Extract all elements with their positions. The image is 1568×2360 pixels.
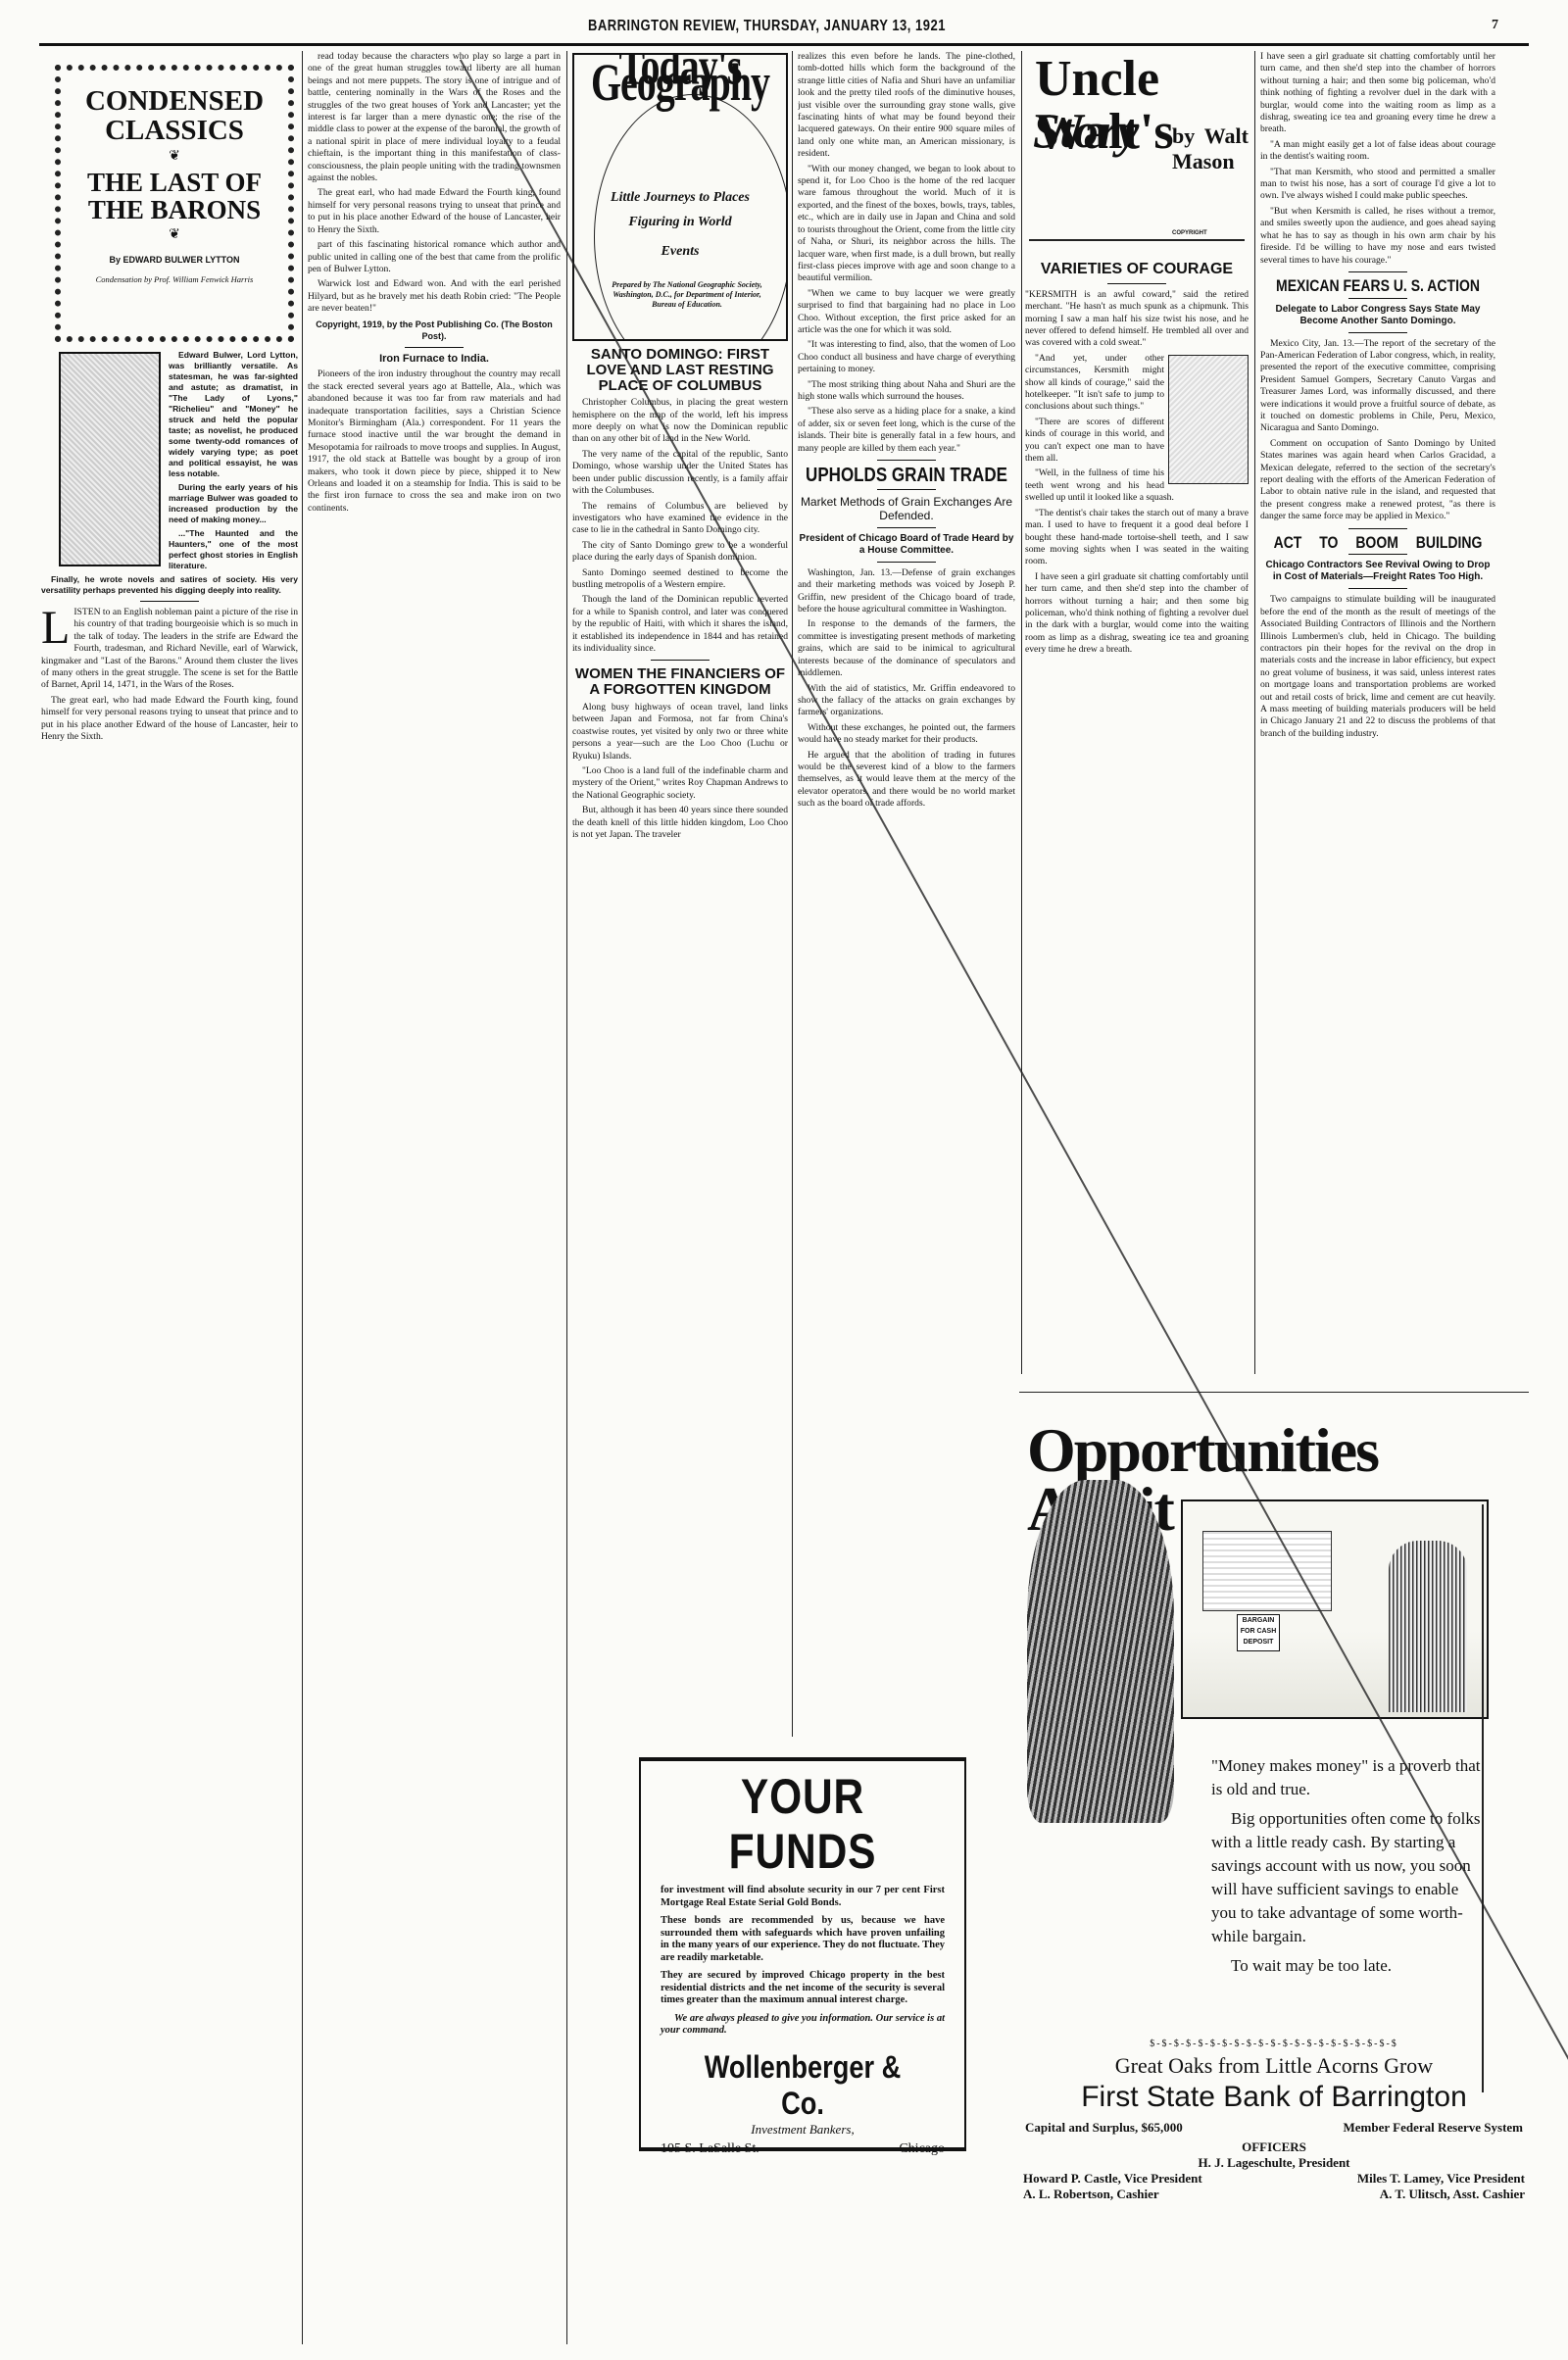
- article-paragraph: Christopher Columbus, in placing the gre…: [572, 397, 788, 446]
- condensed-classics-box: CONDENSED CLASSICS ❦ THE LAST OF THE BAR…: [55, 65, 294, 342]
- bank-name: First State Bank of Barrington: [1019, 2081, 1529, 2114]
- section-title: CONDENSED CLASSICS: [69, 86, 280, 145]
- bank-cashier: A. L. Robertson, Cashier: [1023, 2187, 1159, 2202]
- section-divider: [1348, 588, 1407, 589]
- bio-paragraph: Finally, he wrote novels and satires of …: [41, 574, 298, 596]
- article-paragraph: I have seen a girl graduate sit chatting…: [1025, 571, 1249, 657]
- article-paragraph: The city of Santo Domingo grew to be a w…: [572, 540, 788, 565]
- ad-paragraph: To wait may be too late.: [1211, 1954, 1486, 1978]
- headline-santo-domingo: SANTO DOMINGO: FIRST LOVE AND LAST RESTI…: [572, 347, 788, 393]
- article-paragraph: "The dentist's chair takes the starch ou…: [1025, 508, 1249, 568]
- ornament-icon: ❦: [69, 151, 280, 163]
- article-paragraph: Though the land of the Dominican republi…: [572, 594, 788, 655]
- ad-company: Wollenberger & Co.: [682, 2049, 924, 2122]
- headline-women-financiers: WOMEN THE FINANCIERS OF A FORGOTTEN KING…: [572, 666, 788, 698]
- section-divider: [140, 601, 199, 602]
- ad-paragraph: Big opportunities often come to folks wi…: [1211, 1807, 1486, 1948]
- column-loo-choo-grain: realizes this even before he lands. The …: [798, 51, 1015, 1737]
- section-divider: [1348, 298, 1407, 299]
- column-divider: [792, 51, 793, 1737]
- article-paragraph: "When we came to buy lacquer we were gre…: [798, 288, 1015, 337]
- article-paragraph: With the aid of statistics, Mr. Griffin …: [798, 683, 1015, 719]
- article-paragraph: Two campaigns to stimulate building will…: [1260, 594, 1495, 740]
- top-rule: [39, 43, 1529, 46]
- masthead-title: BARRINGTON REVIEW, THURSDAY, JANUARY 13,…: [588, 17, 946, 34]
- ad-opportunities-await: Opportunities Await BARGAIN FOR CASH DEP…: [1019, 1392, 1529, 2352]
- building-subhead: Chicago Contractors See Revival Owing to…: [1260, 560, 1495, 583]
- walt-mason-portrait-image: [1168, 355, 1249, 484]
- section-divider: [1348, 554, 1407, 555]
- section-divider: [1348, 528, 1407, 529]
- headline-mexican: MEXICAN FEARS U. S. ACTION: [1260, 276, 1495, 294]
- men-drawing: [1389, 1541, 1467, 1712]
- dollar-rule: $-$-$-$-$-$-$-$-$-$-$-$-$-$-$-$-$-$-$-$-…: [1019, 2039, 1529, 2049]
- ad-note: We are always pleased to give you inform…: [661, 2013, 945, 2038]
- story-paragraph: read today because the characters who pl…: [308, 51, 561, 184]
- column-uncle-walt: Uncle Walt's Story by Walt Mason COPYRIG…: [1025, 51, 1249, 1374]
- story-opening: LISTEN to an English nobleman paint a pi…: [41, 607, 298, 692]
- section-divider: [877, 562, 936, 563]
- grain-subhead-2: President of Chicago Board of Trade Hear…: [798, 533, 1015, 557]
- bank-vp: Miles T. Lamey, Vice President: [1357, 2171, 1525, 2187]
- bank-asst-cashier: A. T. Ulitsch, Asst. Cashier: [1380, 2187, 1525, 2202]
- masthead: BARRINGTON REVIEW, THURSDAY, JANUARY 13,…: [0, 18, 1568, 39]
- article-paragraph: But, although it has been 40 years since…: [572, 805, 788, 841]
- article-paragraph: "It was interesting to find, also, that …: [798, 339, 1015, 375]
- geography-tagline: Events: [574, 246, 786, 258]
- bank-vp: Howard P. Castle, Vice President: [1023, 2171, 1202, 2187]
- copyright-line: Copyright, 1919, by the Post Publishing …: [308, 319, 561, 343]
- cartoon-illustration: [1029, 161, 1245, 241]
- article-paragraph: realizes this even before he lands. The …: [798, 51, 1015, 161]
- column-condensed-classics: CONDENSED CLASSICS ❦ THE LAST OF THE BAR…: [41, 51, 298, 2344]
- ad-headline: YOUR FUNDS: [682, 1769, 924, 1879]
- section-divider: [877, 527, 936, 528]
- drop-cap: L: [41, 609, 70, 648]
- article-paragraph: Washington, Jan. 13.—Defense of grain ex…: [798, 567, 1015, 616]
- article-paragraph: "But when Kersmith is called, he rises w…: [1260, 206, 1495, 267]
- column-divider: [566, 51, 567, 2344]
- bank-slogan: Great Oaks from Little Acorns Grow: [1019, 2053, 1529, 2079]
- article-paragraph: Along busy highways of ocean travel, lan…: [572, 702, 788, 762]
- uncle-walt-banner: Uncle Walt's Story by Walt Mason COPYRIG…: [1025, 53, 1249, 332]
- article-paragraph: "The most striking thing about Naha and …: [798, 379, 1015, 404]
- article-paragraph: "That man Kersmith, who stood and permit…: [1260, 167, 1495, 203]
- article-paragraph: Comment on occupation of Santo Domingo b…: [1260, 438, 1495, 523]
- section-divider: [405, 347, 464, 348]
- ad-paragraph: These bonds are recommended by us, becau…: [661, 1915, 945, 1964]
- bank-officers-row: Howard P. Castle, Vice President Miles T…: [1019, 2171, 1529, 2187]
- story-paragraph: The great earl, who had made Edward the …: [308, 187, 561, 236]
- article-paragraph: Mexico City, Jan. 13.—The report of the …: [1260, 338, 1495, 435]
- ad-paragraph: "Money makes money" is a proverb that is…: [1211, 1754, 1486, 1801]
- byline: By EDWARD BULWER LYTTON: [69, 254, 280, 266]
- headline-building: ACT TO BOOM BUILDING: [1260, 533, 1495, 551]
- ad-company-type: Investment Bankers,: [661, 2122, 945, 2138]
- bargain-sign: BARGAIN FOR CASH DEPOSIT: [1237, 1614, 1280, 1651]
- newspaper-page: BARRINGTON REVIEW, THURSDAY, JANUARY 13,…: [0, 0, 1568, 2360]
- ad-paragraph: They are secured by improved Chicago pro…: [661, 1970, 945, 2007]
- uncle-walt-story: Story: [1033, 104, 1139, 157]
- ad-address-row: 105 S. LaSalle St. Chicago: [661, 2141, 945, 2157]
- ad-paragraph: for investment will find absolute securi…: [661, 1885, 945, 1909]
- geography-tagline: Figuring in World: [574, 217, 786, 228]
- article-paragraph: I have seen a girl graduate sit chatting…: [1260, 51, 1495, 136]
- bank-officers-row: A. L. Robertson, Cashier A. T. Ulitsch, …: [1019, 2187, 1529, 2202]
- column-divider: [302, 51, 303, 2344]
- story-paragraph: part of this fascinating historical roma…: [308, 239, 561, 275]
- author-portrait-image: [59, 352, 161, 566]
- house-illustration: BARGAIN FOR CASH DEPOSIT: [1181, 1500, 1489, 1719]
- copyright-label: COPYRIGHT: [1172, 227, 1207, 239]
- section-divider: [1348, 271, 1407, 272]
- column-news-right: I have seen a girl graduate sit chatting…: [1260, 51, 1495, 1374]
- ad-city: Chicago: [899, 2141, 945, 2157]
- bank-capital: Capital and Surplus, $65,000: [1025, 2120, 1183, 2136]
- article-paragraph: In response to the demands of the farmer…: [798, 618, 1015, 679]
- article-paragraph: The remains of Columbus are believed by …: [572, 501, 788, 537]
- bank-ad: $-$-$-$-$-$-$-$-$-$-$-$-$-$-$-$-$-$-$-$-…: [1019, 2039, 1529, 2202]
- headline-grain-trade: UPHOLDS GRAIN TRADE: [798, 465, 1015, 485]
- column-divider: [1021, 51, 1022, 1374]
- ornament-icon: ❦: [69, 229, 280, 241]
- column-story-continued: read today because the characters who pl…: [308, 51, 561, 2344]
- ad-address: 105 S. LaSalle St.: [661, 2141, 759, 2157]
- article-paragraph: He argued that the abolition of trading …: [798, 750, 1015, 811]
- story-paragraph: The great earl, who had made Edward the …: [41, 695, 298, 744]
- section-divider: [877, 460, 936, 461]
- section-divider: [651, 660, 710, 661]
- page-number: 7: [1492, 18, 1498, 33]
- column-geography: Today's Geography Little Journeys to Pla…: [572, 51, 788, 1737]
- story-title: THE LAST OF THE BARONS: [69, 169, 280, 223]
- ad-your-funds: YOUR FUNDS for investment will find abso…: [639, 1757, 966, 2151]
- todays-geography-banner: Today's Geography Little Journeys to Pla…: [572, 53, 788, 341]
- condensation-credit: Condensation by Prof. William Fenwick Ha…: [69, 273, 280, 285]
- tree-illustration: [1027, 1480, 1174, 1823]
- article-paragraph: "Loo Choo is a land full of the indefina…: [572, 765, 788, 802]
- iron-furnace-headline: Iron Furnace to India.: [308, 353, 561, 365]
- ad-body: "Money makes money" is a proverb that is…: [1211, 1754, 1486, 1984]
- bank-member: Member Federal Reserve System: [1344, 2120, 1524, 2136]
- mexican-subhead: Delegate to Labor Congress Says State Ma…: [1260, 304, 1495, 327]
- section-rule: [1019, 1392, 1529, 1393]
- bank-president: H. J. Lageschulte, President: [1019, 2155, 1529, 2171]
- story-paragraph: Warwick lost and Edward won. And with th…: [308, 278, 561, 315]
- geography-credit: Prepared by The National Geographic Soci…: [604, 280, 770, 310]
- article-paragraph: "These also serve as a hiding place for …: [798, 406, 1015, 455]
- officers-label: OFFICERS: [1019, 2139, 1529, 2155]
- iron-furnace-body: Pioneers of the iron industry throughout…: [308, 369, 561, 515]
- article-paragraph: "A man might easily get a lot of false i…: [1260, 139, 1495, 164]
- grain-subhead: Market Methods of Grain Exchanges Are De…: [798, 495, 1015, 522]
- section-divider: [1348, 332, 1407, 333]
- article-paragraph: "With our money changed, we began to loo…: [798, 164, 1015, 285]
- geography-tagline: Little Journeys to Places: [574, 192, 786, 204]
- column-divider: [1254, 51, 1255, 1374]
- article-paragraph: Santo Domingo seemed destined to become …: [572, 567, 788, 592]
- bank-capital-row: Capital and Surplus, $65,000 Member Fede…: [1019, 2120, 1529, 2136]
- section-divider: [877, 489, 936, 490]
- geography-title: Today's Geography: [574, 59, 786, 91]
